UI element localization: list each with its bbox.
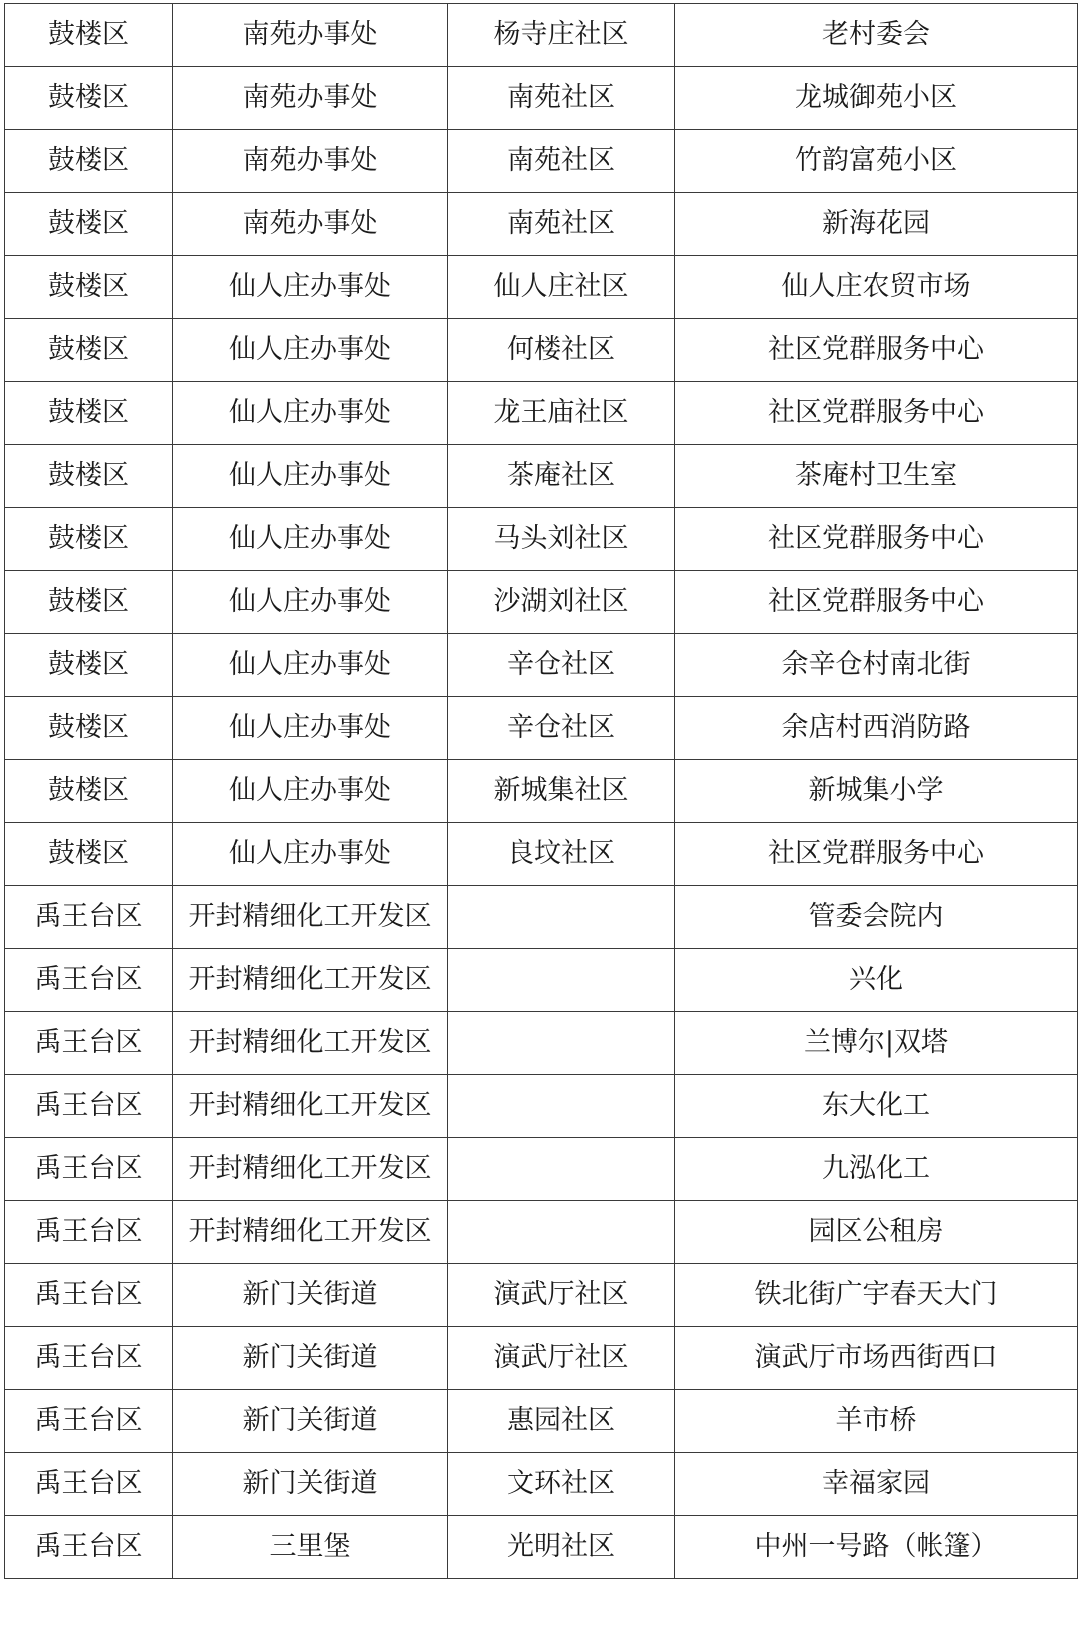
district-cell: 禹王台区 [5,886,173,949]
community-cell: 新城集社区 [448,760,675,823]
community-cell: 南苑社区 [448,130,675,193]
location-cell: 新城集小学 [675,760,1078,823]
subdistrict-cell: 开封精细化工开发区 [173,949,448,1012]
location-cell: 社区党群服务中心 [675,382,1078,445]
district-cell: 鼓楼区 [5,319,173,382]
district-cell: 禹王台区 [5,1201,173,1264]
table-row: 禹王台区开封精细化工开发区兴化 [5,949,1078,1012]
location-cell: 社区党群服务中心 [675,319,1078,382]
community-cell: 南苑社区 [448,67,675,130]
community-cell: 良坟社区 [448,823,675,886]
district-cell: 禹王台区 [5,1075,173,1138]
subdistrict-cell: 仙人庄办事处 [173,382,448,445]
table-row: 禹王台区新门关街道惠园社区羊市桥 [5,1390,1078,1453]
district-cell: 禹王台区 [5,949,173,1012]
table-body: 鼓楼区南苑办事处杨寺庄社区老村委会鼓楼区南苑办事处南苑社区龙城御苑小区鼓楼区南苑… [5,4,1078,1579]
table-row: 禹王台区三里堡光明社区中州一号路（帐篷） [5,1516,1078,1579]
table-row: 禹王台区开封精细化工开发区兰博尔|双塔 [5,1012,1078,1075]
location-cell: 中州一号路（帐篷） [675,1516,1078,1579]
subdistrict-cell: 新门关街道 [173,1390,448,1453]
table-row: 禹王台区开封精细化工开发区园区公租房 [5,1201,1078,1264]
district-cell: 禹王台区 [5,1390,173,1453]
district-cell: 鼓楼区 [5,823,173,886]
subdistrict-cell: 开封精细化工开发区 [173,1201,448,1264]
district-cell: 鼓楼区 [5,256,173,319]
location-cell: 茶庵村卫生室 [675,445,1078,508]
district-cell: 鼓楼区 [5,67,173,130]
subdistrict-cell: 南苑办事处 [173,4,448,67]
location-cell: 余辛仓村南北街 [675,634,1078,697]
community-cell [448,949,675,1012]
table-row: 鼓楼区南苑办事处南苑社区龙城御苑小区 [5,67,1078,130]
table-row: 禹王台区开封精细化工开发区东大化工 [5,1075,1078,1138]
subdistrict-cell: 开封精细化工开发区 [173,886,448,949]
subdistrict-cell: 开封精细化工开发区 [173,1075,448,1138]
district-cell: 鼓楼区 [5,445,173,508]
district-cell: 鼓楼区 [5,130,173,193]
location-cell: 竹韵富苑小区 [675,130,1078,193]
district-cell: 鼓楼区 [5,508,173,571]
district-cell: 鼓楼区 [5,4,173,67]
community-cell: 惠园社区 [448,1390,675,1453]
subdistrict-cell: 南苑办事处 [173,193,448,256]
subdistrict-cell: 新门关街道 [173,1264,448,1327]
community-cell: 马头刘社区 [448,508,675,571]
subdistrict-cell: 仙人庄办事处 [173,697,448,760]
subdistrict-cell: 新门关街道 [173,1327,448,1390]
table-row: 鼓楼区仙人庄办事处良坟社区社区党群服务中心 [5,823,1078,886]
subdistrict-cell: 南苑办事处 [173,67,448,130]
location-cell: 演武厅市场西街西口 [675,1327,1078,1390]
table-row: 鼓楼区仙人庄办事处茶庵社区茶庵村卫生室 [5,445,1078,508]
subdistrict-cell: 三里堡 [173,1516,448,1579]
location-cell: 仙人庄农贸市场 [675,256,1078,319]
community-cell: 茶庵社区 [448,445,675,508]
location-cell: 园区公租房 [675,1201,1078,1264]
location-table: 鼓楼区南苑办事处杨寺庄社区老村委会鼓楼区南苑办事处南苑社区龙城御苑小区鼓楼区南苑… [4,3,1078,1579]
location-cell: 九泓化工 [675,1138,1078,1201]
community-cell: 辛仓社区 [448,697,675,760]
location-cell: 东大化工 [675,1075,1078,1138]
community-cell [448,1201,675,1264]
subdistrict-cell: 仙人庄办事处 [173,823,448,886]
district-cell: 鼓楼区 [5,760,173,823]
district-cell: 鼓楼区 [5,382,173,445]
table-row: 禹王台区开封精细化工开发区九泓化工 [5,1138,1078,1201]
district-cell: 禹王台区 [5,1138,173,1201]
subdistrict-cell: 仙人庄办事处 [173,634,448,697]
community-cell: 杨寺庄社区 [448,4,675,67]
table-row: 鼓楼区南苑办事处南苑社区竹韵富苑小区 [5,130,1078,193]
district-cell: 鼓楼区 [5,571,173,634]
location-cell: 社区党群服务中心 [675,823,1078,886]
community-cell: 演武厅社区 [448,1327,675,1390]
subdistrict-cell: 仙人庄办事处 [173,256,448,319]
location-cell: 铁北街广宇春天大门 [675,1264,1078,1327]
subdistrict-cell: 开封精细化工开发区 [173,1012,448,1075]
subdistrict-cell: 仙人庄办事处 [173,445,448,508]
district-cell: 禹王台区 [5,1264,173,1327]
district-cell: 禹王台区 [5,1453,173,1516]
location-cell: 兴化 [675,949,1078,1012]
table-row: 鼓楼区仙人庄办事处沙湖刘社区社区党群服务中心 [5,571,1078,634]
table-row: 禹王台区新门关街道演武厅社区铁北街广宇春天大门 [5,1264,1078,1327]
community-cell [448,1012,675,1075]
table-row: 鼓楼区仙人庄办事处辛仓社区余辛仓村南北街 [5,634,1078,697]
district-cell: 鼓楼区 [5,697,173,760]
subdistrict-cell: 开封精细化工开发区 [173,1138,448,1201]
location-cell: 管委会院内 [675,886,1078,949]
table-row: 鼓楼区仙人庄办事处新城集社区新城集小学 [5,760,1078,823]
community-cell: 南苑社区 [448,193,675,256]
location-cell: 羊市桥 [675,1390,1078,1453]
table-row: 禹王台区新门关街道文环社区幸福家园 [5,1453,1078,1516]
subdistrict-cell: 仙人庄办事处 [173,760,448,823]
community-cell [448,1138,675,1201]
table-row: 鼓楼区仙人庄办事处仙人庄社区仙人庄农贸市场 [5,256,1078,319]
location-cell: 余店村西消防路 [675,697,1078,760]
community-cell: 何楼社区 [448,319,675,382]
district-cell: 鼓楼区 [5,634,173,697]
subdistrict-cell: 南苑办事处 [173,130,448,193]
community-cell: 演武厅社区 [448,1264,675,1327]
district-cell: 禹王台区 [5,1012,173,1075]
community-cell: 文环社区 [448,1453,675,1516]
community-cell: 辛仓社区 [448,634,675,697]
table-row: 禹王台区开封精细化工开发区管委会院内 [5,886,1078,949]
document-sheet: 鼓楼区南苑办事处杨寺庄社区老村委会鼓楼区南苑办事处南苑社区龙城御苑小区鼓楼区南苑… [4,3,1077,1579]
table-row: 鼓楼区南苑办事处杨寺庄社区老村委会 [5,4,1078,67]
subdistrict-cell: 仙人庄办事处 [173,319,448,382]
community-cell [448,1075,675,1138]
community-cell: 光明社区 [448,1516,675,1579]
community-cell [448,886,675,949]
subdistrict-cell: 仙人庄办事处 [173,508,448,571]
location-cell: 社区党群服务中心 [675,508,1078,571]
table-row: 鼓楼区仙人庄办事处何楼社区社区党群服务中心 [5,319,1078,382]
table-row: 鼓楼区南苑办事处南苑社区新海花园 [5,193,1078,256]
location-cell: 新海花园 [675,193,1078,256]
district-cell: 鼓楼区 [5,193,173,256]
location-cell: 幸福家园 [675,1453,1078,1516]
table-row: 鼓楼区仙人庄办事处辛仓社区余店村西消防路 [5,697,1078,760]
district-cell: 禹王台区 [5,1516,173,1579]
location-cell: 龙城御苑小区 [675,67,1078,130]
subdistrict-cell: 新门关街道 [173,1453,448,1516]
table-row: 鼓楼区仙人庄办事处龙王庙社区社区党群服务中心 [5,382,1078,445]
subdistrict-cell: 仙人庄办事处 [173,571,448,634]
table-row: 鼓楼区仙人庄办事处马头刘社区社区党群服务中心 [5,508,1078,571]
location-cell: 兰博尔|双塔 [675,1012,1078,1075]
community-cell: 龙王庙社区 [448,382,675,445]
location-cell: 社区党群服务中心 [675,571,1078,634]
district-cell: 禹王台区 [5,1327,173,1390]
table-row: 禹王台区新门关街道演武厅社区演武厅市场西街西口 [5,1327,1078,1390]
community-cell: 仙人庄社区 [448,256,675,319]
community-cell: 沙湖刘社区 [448,571,675,634]
location-cell: 老村委会 [675,4,1078,67]
